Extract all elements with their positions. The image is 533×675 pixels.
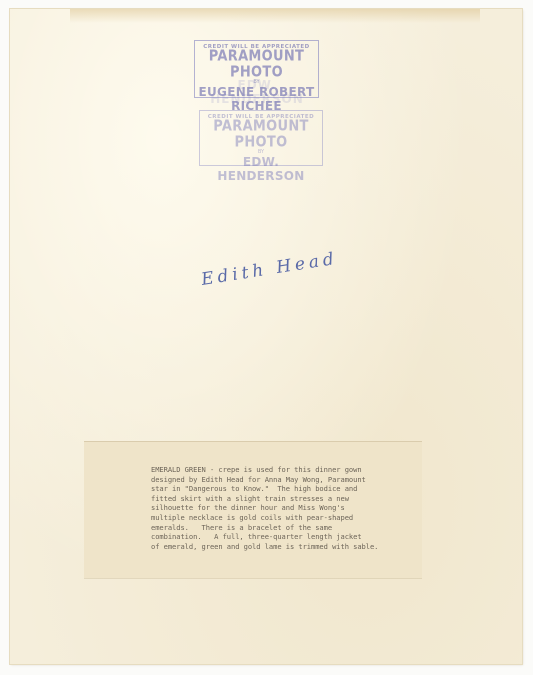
caption-line: combination. A full, three-quarter lengt…: [151, 532, 427, 542]
caption-line: emeralds. There is a bracelet of the sam…: [151, 523, 427, 533]
stamp-title: PARAMOUNT PHOTO: [195, 49, 318, 81]
caption-line: EMERALD GREEN - crepe is used for this d…: [151, 465, 427, 475]
page: EDW. HENDERSON CREDIT WILL BE APPRECIATE…: [0, 0, 533, 675]
stamp-photographer: EDW. HENDERSON: [200, 155, 322, 183]
stamp-title: PARAMOUNT PHOTO: [200, 119, 322, 151]
caption-line: multiple necklace is gold coils with pea…: [151, 513, 427, 523]
caption-text: EMERALD GREEN - crepe is used for this d…: [151, 465, 427, 551]
paper-stain: [70, 9, 480, 23]
caption-line: of emerald, green and gold lame is trimm…: [151, 542, 427, 552]
caption-line: designed by Edith Head for Anna May Wong…: [151, 475, 427, 485]
caption-line: fitted skirt with a slight train stresse…: [151, 494, 427, 504]
paramount-photo-stamp-richee: CREDIT WILL BE APPRECIATED PARAMOUNT PHO…: [194, 40, 319, 98]
paramount-photo-stamp-henderson: CREDIT WILL BE APPRECIATED PARAMOUNT PHO…: [199, 110, 323, 166]
caption-line: star in "Dangerous to Know." The high bo…: [151, 484, 427, 494]
caption-line: silhouette for the dinner hour and Miss …: [151, 503, 427, 513]
stamp-photographer: EUGENE ROBERT RICHEE: [195, 85, 318, 113]
